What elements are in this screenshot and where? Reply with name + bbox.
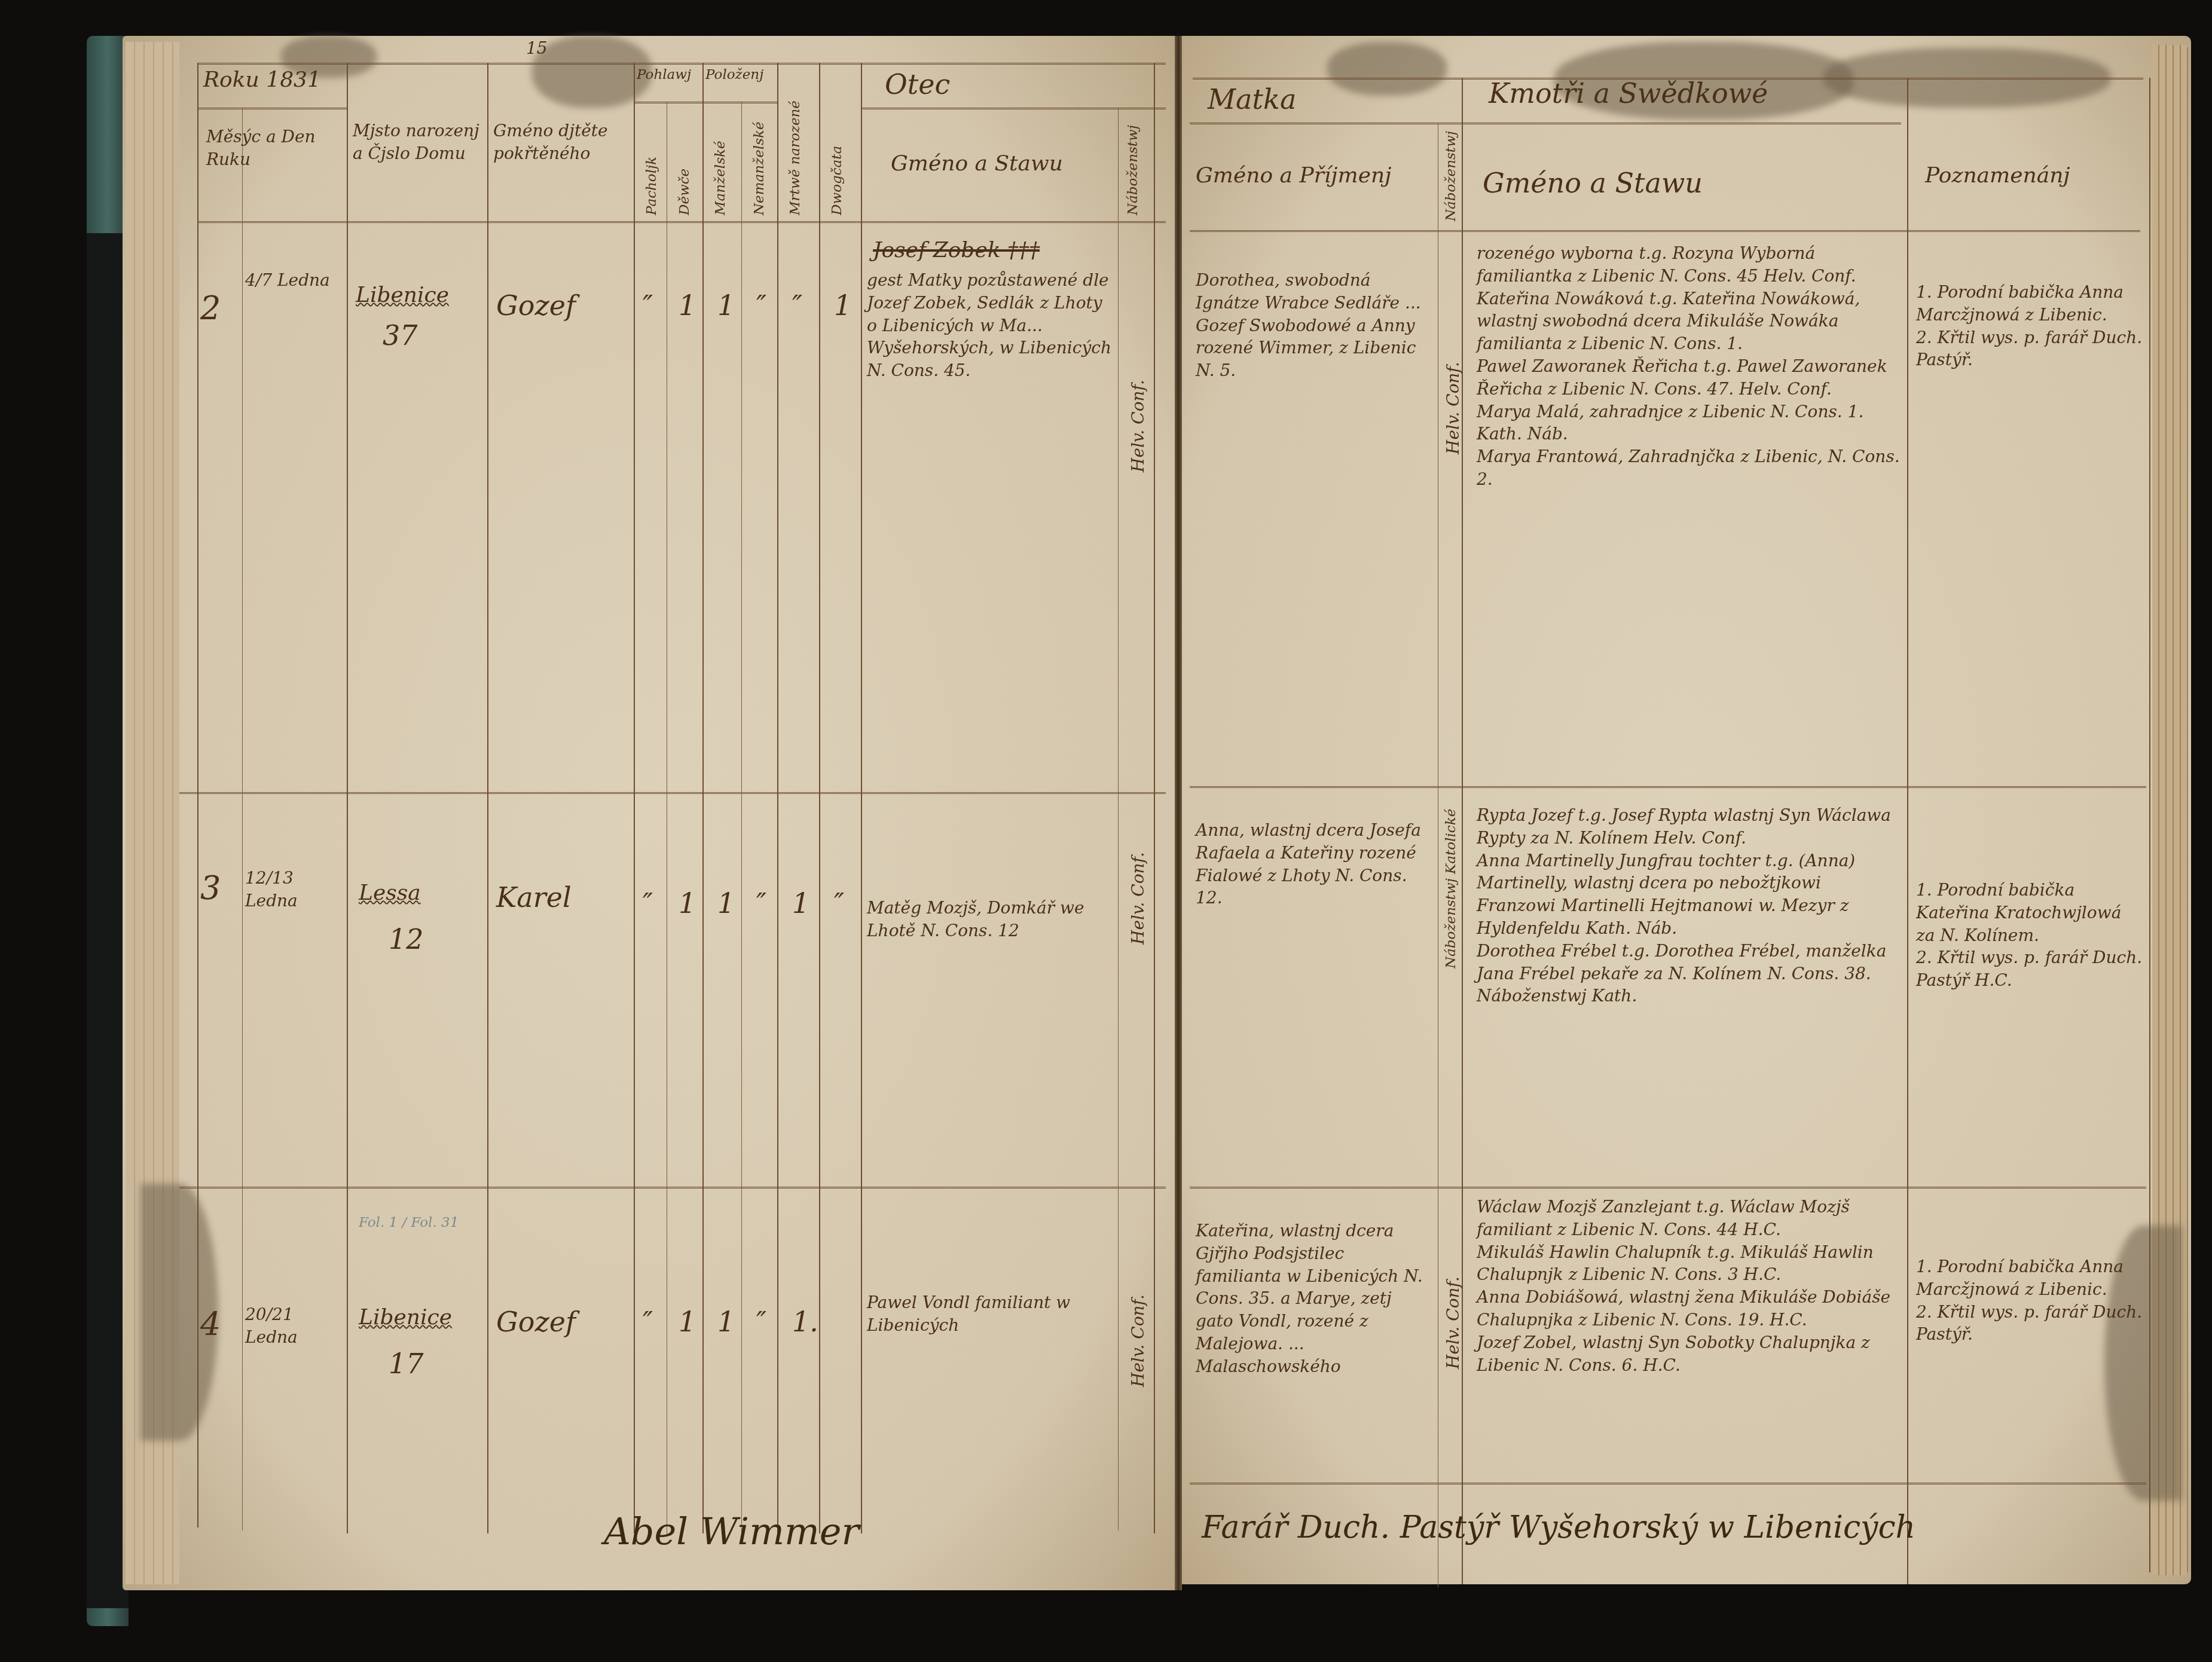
- header-mother-name: Gméno a Příjmenj: [1196, 161, 1391, 191]
- entry-row-number: 4: [200, 1303, 221, 1347]
- mark-twins: 1: [834, 287, 851, 324]
- header-place-house: Mjsto narozenj a Čjslo Domu: [353, 120, 484, 165]
- column-line: [1438, 123, 1438, 1587]
- godparents-list: Wáclaw Mozjš Zanzlejant t.g. Wáclaw Mozj…: [1477, 1196, 1901, 1376]
- remarks: 1. Porodní babička Anna Marcžjnowá z Lib…: [1916, 1255, 2143, 1346]
- mother-name: Kateřina, wlastnj dcera Gjřjho Podsjstil…: [1196, 1220, 1432, 1378]
- entry-place: Lessa: [359, 879, 421, 908]
- entry-child-name: Gozef: [496, 287, 576, 324]
- remarks: 1. Porodní babička Anna Marcžjnowá z Lib…: [1916, 281, 2143, 371]
- year-heading: Roku 1831: [203, 66, 321, 95]
- entry-place: Libenice: [356, 281, 449, 310]
- father-religion: Helv. Conf.: [1127, 1294, 1150, 1387]
- header-sex-group: Pohlawj: [637, 66, 691, 84]
- entry-row-number: 2: [200, 287, 221, 331]
- header-mother-religion: Náboženstwj: [1442, 131, 1461, 221]
- mark-dead-born: 1: [792, 885, 809, 922]
- rule-line: [179, 792, 1166, 794]
- column-line: [702, 63, 704, 1533]
- entry-date: 4/7 Ledna: [245, 269, 344, 292]
- godparents-list: Rypta Jozef t.g. Josef Rypta wlastnj Syn…: [1477, 804, 1901, 1007]
- entry-date: 20/21 Ledna: [245, 1303, 344, 1349]
- entry-house-number: 17: [389, 1345, 424, 1382]
- mark-legitimate: 1: [717, 287, 735, 324]
- mark-boy: ″: [643, 287, 653, 324]
- column-line: [197, 63, 198, 1527]
- mark-dead-born: ″: [792, 287, 802, 324]
- column-line: [777, 63, 778, 1533]
- mark-girl: 1: [679, 885, 696, 922]
- mark-illegitimate: ″: [756, 885, 766, 922]
- mark-illegitimate: ″: [756, 1303, 766, 1340]
- rule-line: [197, 221, 1166, 223]
- header-illegitimate: Nemanželské: [750, 121, 769, 215]
- mother-religion: Helv. Conf.: [1442, 1276, 1465, 1369]
- column-line: [1907, 78, 1908, 1584]
- header-father-group: Otec: [885, 66, 950, 103]
- column-line: [634, 63, 635, 1533]
- entry-house-number: 37: [383, 317, 418, 354]
- mark-boy: ″: [643, 1303, 653, 1340]
- column-line: [667, 102, 667, 1536]
- column-line: [242, 108, 243, 1530]
- mother-name: Dorothea, swobodná Ignátze Wrabce Sedlář…: [1196, 269, 1432, 382]
- rule-line: [861, 108, 1166, 109]
- rule-line: [634, 102, 777, 103]
- header-child-name: Gméno djtěte pokřtěného: [493, 120, 631, 165]
- father-name: Matěg Mozjš, Domkář we Lhotě N. Cons. 12: [867, 897, 1112, 942]
- mother-name: Anna, wlastnj dcera Josefa Rafaela a Kat…: [1196, 819, 1432, 909]
- header-legitimate: Manželské: [711, 140, 730, 215]
- header-father-name: Gméno a Stawu: [891, 149, 1063, 179]
- page-number-mark: 15: [526, 37, 548, 60]
- header-mother-group: Matka: [1208, 81, 1296, 118]
- rule-line: [179, 1187, 1166, 1189]
- column-line: [1154, 63, 1155, 1533]
- entry-row-number: 3: [200, 867, 221, 911]
- mark-legitimate: 1: [717, 885, 735, 922]
- mark-boy: ″: [643, 885, 653, 922]
- father-name-crossed: Josef Zobek †††: [873, 236, 1040, 265]
- header-twins: Dwogčata: [828, 146, 847, 215]
- column-line: [2149, 78, 2150, 1572]
- rule-line: [1190, 123, 1901, 124]
- remarks: 1. Porodní babička Kateřina Kratochwjlow…: [1916, 879, 2143, 992]
- column-line: [347, 63, 348, 1533]
- entry-house-number: 12: [389, 921, 424, 958]
- water-stain: [1327, 42, 1447, 96]
- header-dead-born: Mrtwě narozené: [786, 100, 805, 215]
- column-line: [487, 63, 488, 1533]
- book-gutter: [1175, 36, 1182, 1590]
- mark-girl: 1: [679, 1303, 696, 1340]
- godparents-list: rozenégo wyborna t.g. Rozyna Wyborná fam…: [1477, 242, 1901, 491]
- header-father-religion: Náboženstwj: [1124, 125, 1142, 215]
- column-line: [861, 63, 862, 1533]
- header-legit-group: Položenj: [705, 66, 763, 84]
- father-name: gest Matky pozůstawené dle Jozef Zobek, …: [867, 269, 1112, 382]
- entry-date: 12/13 Ledna: [245, 867, 344, 912]
- pencil-note: Fol. 1 / Fol. 31: [359, 1214, 478, 1232]
- rule-line: [1190, 786, 2146, 788]
- father-name: Pawel Vondl familiant w Libenicých: [867, 1291, 1112, 1337]
- header-girl: Děwče: [676, 169, 694, 215]
- entry-place: Libenice: [359, 1303, 452, 1333]
- signature-right: Farář Duch. Pastýř Wyšehorský w Libenicý…: [1202, 1510, 1915, 1545]
- header-godparents-name: Gméno a Stawu: [1483, 164, 1703, 201]
- mark-illegitimate: ″: [756, 287, 766, 324]
- mother-religion: Náboženstwj Katolické: [1442, 809, 1461, 969]
- mark-legitimate: 1: [717, 1303, 735, 1340]
- entry-child-name: Karel: [496, 879, 572, 916]
- header-boy: Pacholjk: [643, 157, 661, 215]
- header-remarks: Poznamenánj: [1925, 161, 2070, 191]
- header-godparents-group: Kmotři a Swědkowé: [1489, 75, 1768, 112]
- rule-line: [1190, 230, 2140, 232]
- column-line: [1118, 108, 1119, 1530]
- column-line: [819, 63, 820, 1533]
- rule-line: [1190, 1483, 2146, 1484]
- mark-dead-born: 1.: [792, 1303, 818, 1340]
- rule-line: [197, 108, 347, 109]
- rule-line: [1190, 1187, 2146, 1189]
- header-month-day: Měsýc a Den Ruku: [206, 126, 341, 171]
- entry-child-name: Gozef: [496, 1303, 576, 1340]
- signature-left: Abel Wimmer: [604, 1510, 859, 1553]
- father-religion: Helv. Conf.: [1127, 852, 1150, 945]
- column-line: [741, 102, 742, 1536]
- mother-religion: Helv. Conf.: [1442, 362, 1465, 454]
- mark-twins: ″: [834, 885, 844, 922]
- father-religion: Helv. Conf.: [1127, 380, 1150, 472]
- rule-line: [197, 63, 1166, 65]
- mark-girl: 1: [679, 287, 696, 324]
